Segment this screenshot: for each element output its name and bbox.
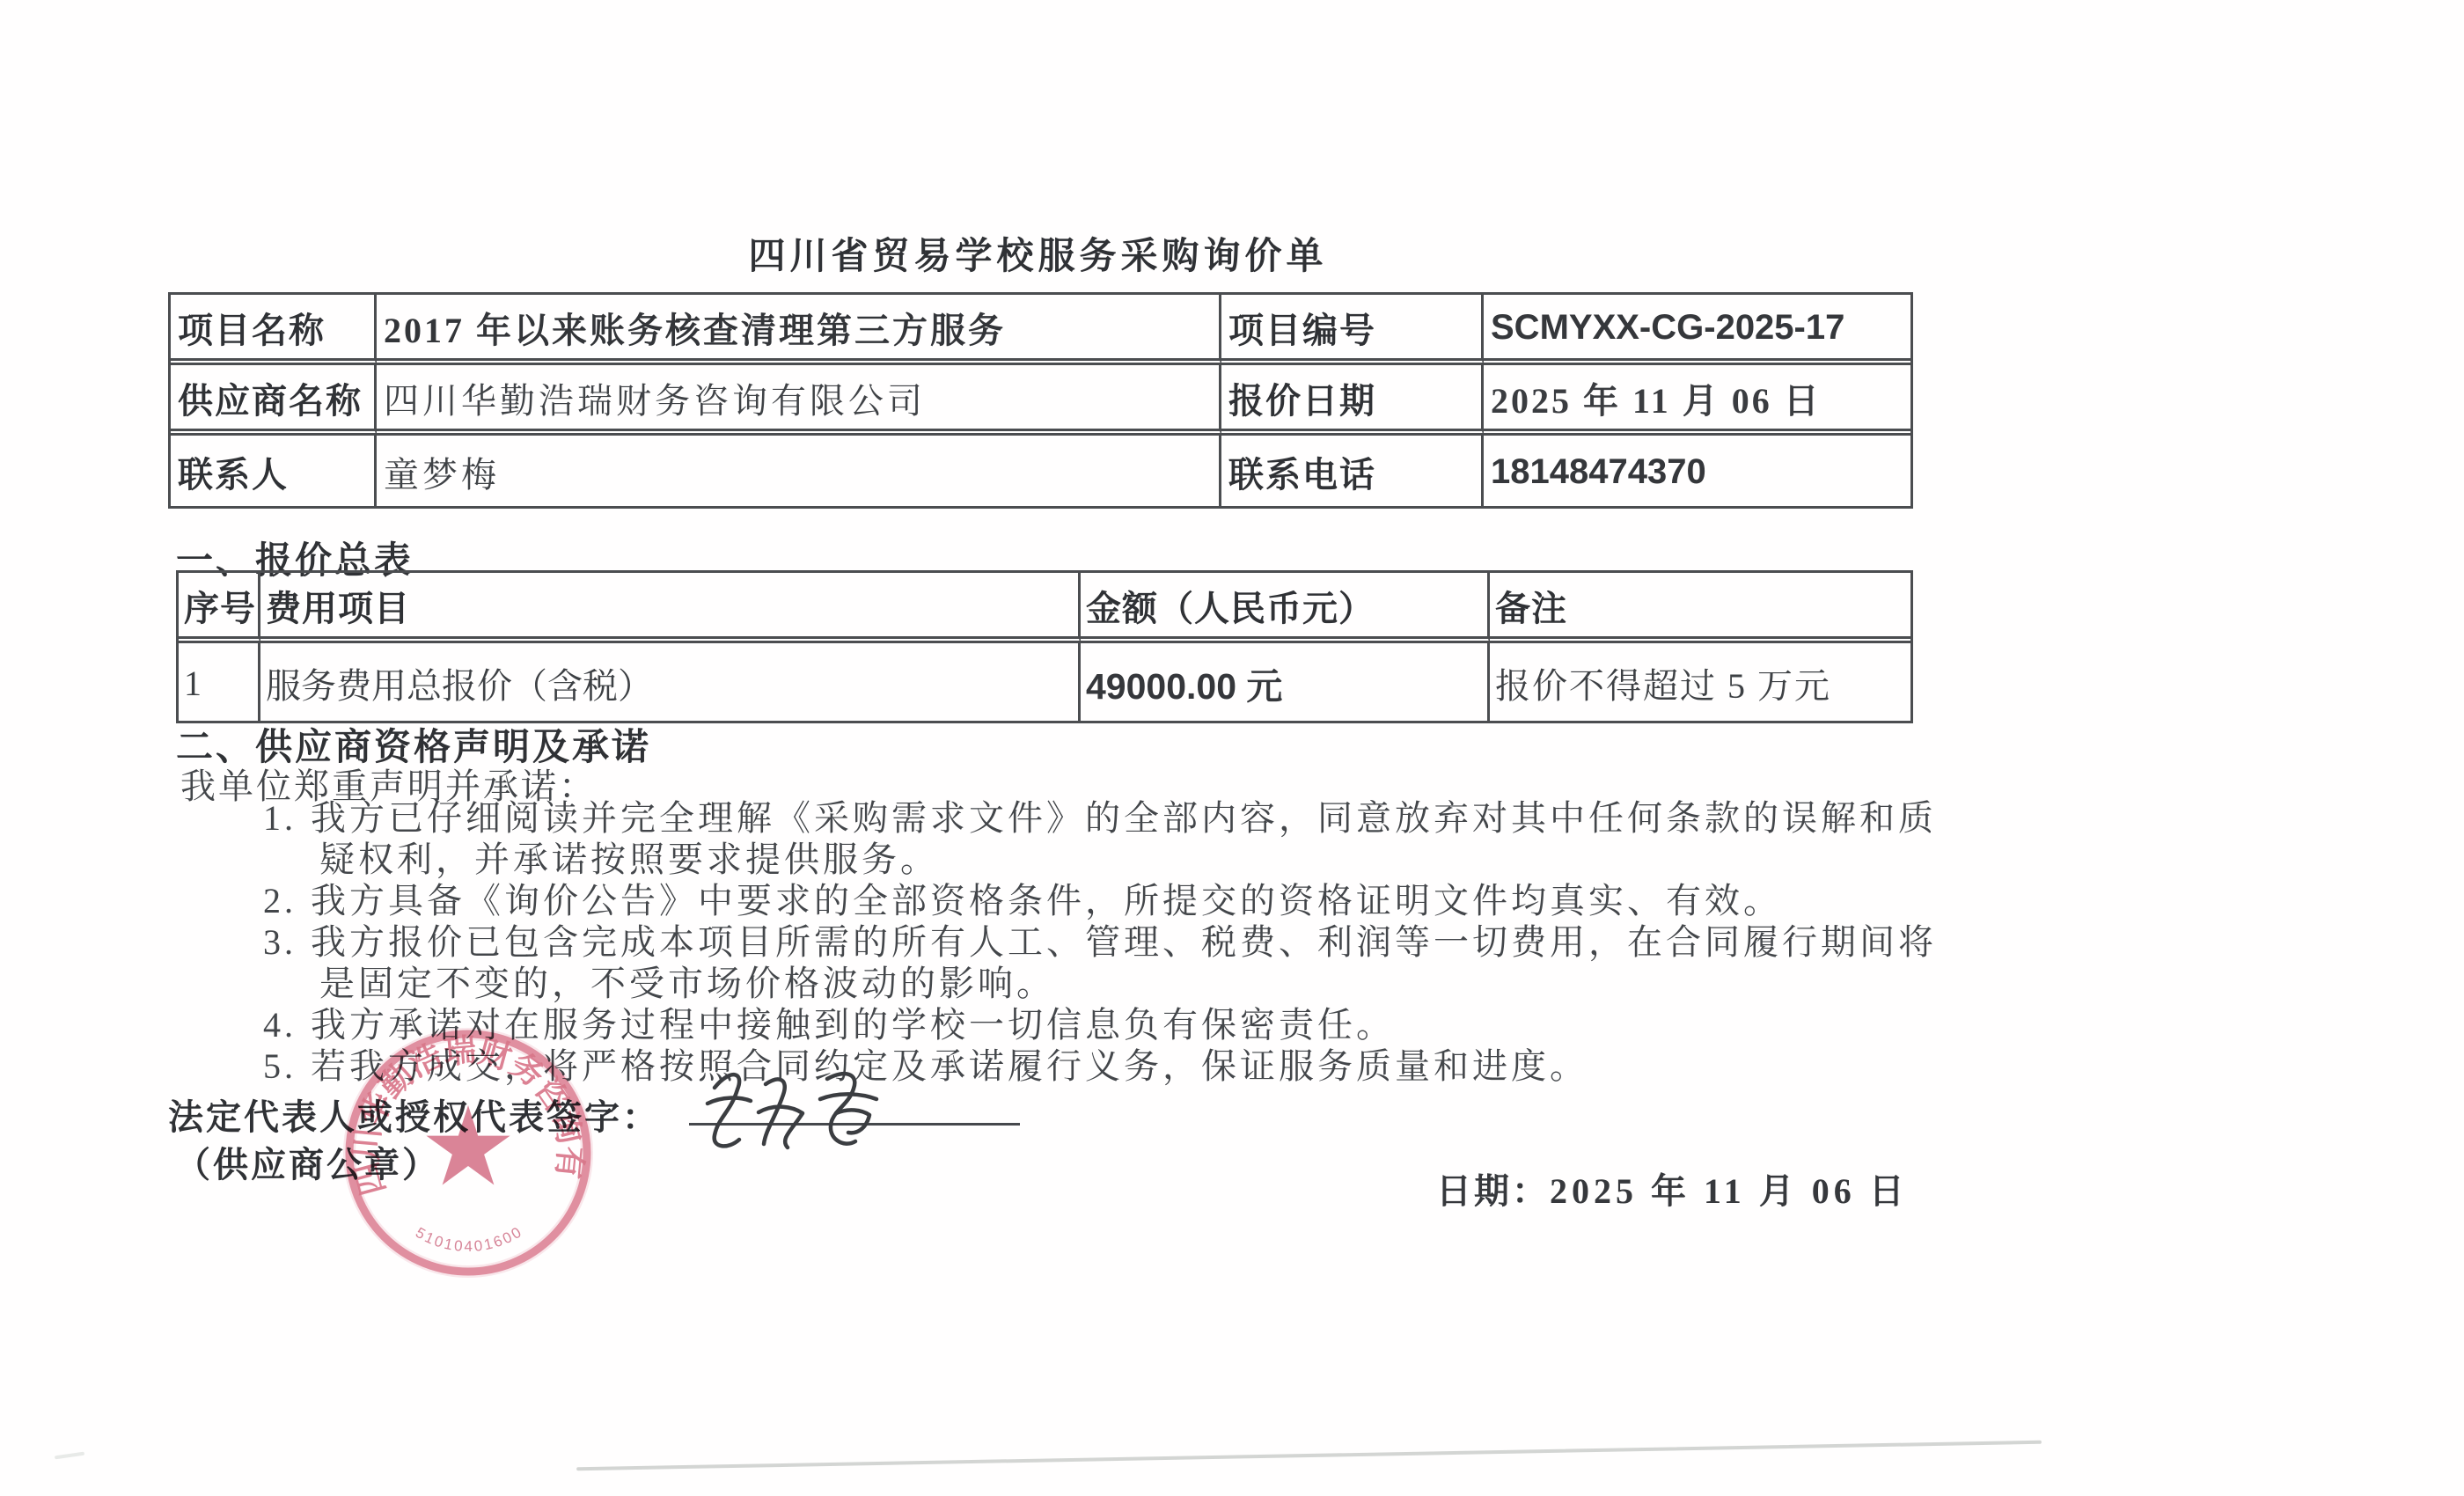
scan-page-edge [576, 1441, 2042, 1471]
info-label-contact-person: 联系人 [171, 436, 377, 506]
quote-header-index: 序号 [179, 573, 260, 643]
declaration-item-1: 1.我方已仔细阅读并完全理解《采购需求文件》的全部内容，同意放弃对其中任何条款的… [168, 797, 1937, 880]
item-number: 2. [263, 881, 297, 920]
quote-cell-remark: 报价不得超过 5 万元 [1490, 643, 1910, 721]
document-title: 四川省贸易学校服务采购询价单 [168, 227, 1908, 280]
date-line: 日期：2025 年 11 月 06 日 [1436, 1163, 1909, 1214]
company-seal-stamp: 四川华勤浩瑞财务咨询有限公司 5101040160010 [340, 1024, 597, 1281]
seal-company-text: 四川华勤浩瑞财务咨询有限公司 [340, 1024, 589, 1199]
quote-cell-item: 服务费用总报价（含税） [260, 643, 1081, 721]
quote-header-amount: 金额（人民币元） [1081, 573, 1490, 643]
info-value-contact-phone: 18148474370 [1484, 436, 1910, 506]
item-number: 3. [263, 922, 297, 962]
declaration-item-3: 3.我方报价已包含完成本项目所需的所有人工、管理、税费、利润等一切费用，在合同履… [168, 921, 1937, 1004]
svg-text:四川华勤浩瑞财务咨询有限公司: 四川华勤浩瑞财务咨询有限公司 [340, 1024, 589, 1199]
item-text: 我方具备《询价公告》中要求的全部资格条件，所提交的资格证明文件均真实、有效。 [311, 881, 1782, 920]
quote-header-remark: 备注 [1490, 573, 1910, 643]
quote-summary-table: 序号 费用项目 金额（人民币元） 备注 1 服务费用总报价（含税） 49000.… [176, 570, 1913, 723]
info-value-project-name: 2017 年以来账务核查清理第三方服务 [377, 295, 1221, 365]
item-number: 5. [263, 1046, 297, 1086]
project-info-table: 项目名称 2017 年以来账务核查清理第三方服务 项目编号 SCMYXX-CG-… [168, 292, 1913, 509]
date-label: 日期： [1436, 1171, 1550, 1211]
item-number: 1. [263, 798, 297, 838]
item-text: 我方已仔细阅读并完全理解《采购需求文件》的全部内容，同意放弃对其中任何条款的误解… [311, 798, 1937, 879]
info-label-supplier-name: 供应商名称 [171, 365, 377, 436]
info-value-quote-date: 2025 年 11 月 06 日 [1484, 365, 1910, 436]
scanned-document-page: 四川省贸易学校服务采购询价单 项目名称 2017 年以来账务核查清理第三方服务 … [0, 0, 2464, 1496]
scan-artifact-dash [55, 1452, 84, 1460]
quote-header-item: 费用项目 [260, 573, 1081, 643]
quote-cell-index: 1 [179, 643, 260, 721]
date-value: 2025 年 11 月 06 日 [1550, 1171, 1909, 1211]
handwritten-signature [702, 1063, 891, 1162]
info-value-contact-person: 童梦梅 [377, 436, 1221, 506]
seal-star-icon [426, 1105, 510, 1185]
item-number: 4. [263, 1005, 297, 1045]
info-label-project-name: 项目名称 [171, 295, 377, 365]
info-label-quote-date: 报价日期 [1221, 365, 1484, 436]
declaration-item-2: 2.我方具备《询价公告》中要求的全部资格条件，所提交的资格证明文件均真实、有效。 [168, 880, 1937, 921]
info-value-supplier-name: 四川华勤浩瑞财务咨询有限公司 [377, 365, 1221, 436]
info-label-project-number: 项目编号 [1221, 295, 1484, 365]
item-text: 我方报价已包含完成本项目所需的所有人工、管理、税费、利润等一切费用，在合同履行期… [311, 922, 1937, 1003]
info-value-project-number: SCMYXX-CG-2025-17 [1484, 295, 1910, 365]
info-label-contact-phone: 联系电话 [1221, 436, 1484, 506]
quote-cell-amount: 49000.00 元 [1081, 643, 1490, 721]
